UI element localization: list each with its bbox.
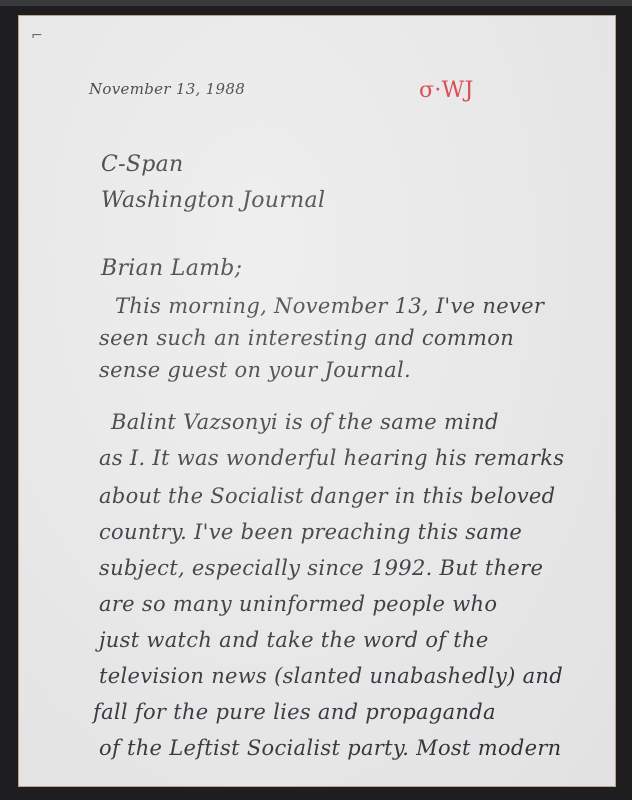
body-line: television news (slanted unabashedly) an… <box>99 664 563 688</box>
body-line: This morning, November 13, I've never <box>115 294 544 318</box>
red-annotation: σ·WJ <box>419 78 474 103</box>
body-line: about the Socialist danger in this belov… <box>99 484 555 508</box>
body-line: fall for the pure lies and propaganda <box>93 700 496 724</box>
body-line: Balint Vazsonyi is of the same mind <box>111 410 499 434</box>
body-line: are so many uninformed people who <box>99 592 497 616</box>
letter-page: ⌐ November 13, 1988 σ·WJ C-Span Washingt… <box>19 16 615 786</box>
body-line: sense guest on your Journal. <box>99 358 411 382</box>
salutation: Brian Lamb; <box>101 256 242 281</box>
body-line: seen such an interesting and common <box>99 326 514 350</box>
body-line: country. I've been preaching this same <box>99 520 522 544</box>
letter-date: November 13, 1988 <box>89 80 245 98</box>
body-line: subject, especially since 1992. But ther… <box>99 556 543 580</box>
recipient-line-1: C-Span <box>101 152 184 177</box>
corner-mark: ⌐ <box>31 28 43 44</box>
recipient-line-2: Washington Journal <box>101 188 325 213</box>
body-line: of the Leftist Socialist party. Most mod… <box>99 736 562 760</box>
body-line: as I. It was wonderful hearing his remar… <box>99 446 564 470</box>
frame-border <box>0 0 632 6</box>
body-line: just watch and take the word of the <box>99 628 489 652</box>
